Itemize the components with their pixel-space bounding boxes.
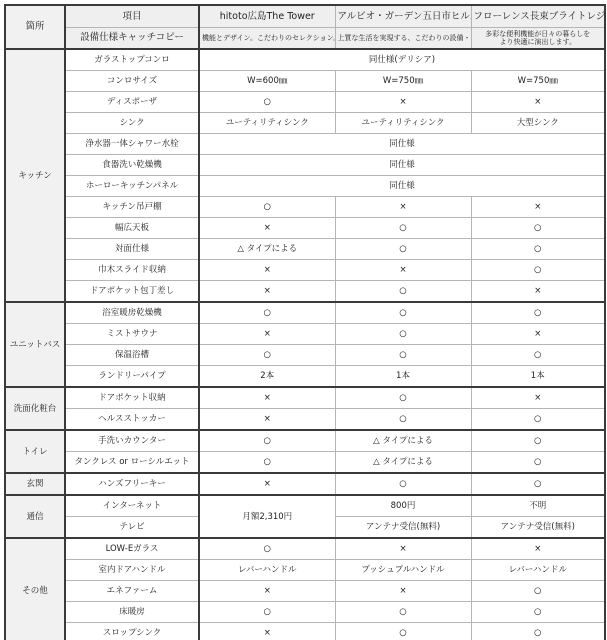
row-item: ハンズフリーキー	[65, 473, 199, 495]
table-row: トイレ 手洗いカウンター ○ △ タイプによる ○	[5, 430, 605, 452]
row-item: 床暖房	[65, 602, 199, 623]
cell-value: ○	[335, 409, 471, 431]
row-item: 幅広天板	[65, 218, 199, 239]
row-item: 保温浴槽	[65, 345, 199, 366]
cell-value: ○	[471, 239, 605, 260]
cell-value: ○	[471, 452, 605, 474]
cell-value: ×	[335, 581, 471, 602]
cell-value: △ タイプによる	[335, 430, 471, 452]
cell-value: ○	[471, 409, 605, 431]
row-item: LOW-Eガラス	[65, 538, 199, 560]
cell-value: ×	[199, 409, 335, 431]
cell-value: レバーハンドル	[471, 560, 605, 581]
table-row: 床暖房 ○ ○ ○	[5, 602, 605, 623]
table-row: エネファーム × × ○	[5, 581, 605, 602]
row-item: シンク	[65, 113, 199, 134]
catch-property-2: 上質な生活を実現する、こだわりの設備・仕様。	[335, 28, 471, 50]
cell-value: ユーティリティシンク	[335, 113, 471, 134]
cell-value: ×	[471, 387, 605, 409]
cell-value: アンテナ受信(無料)	[335, 517, 471, 539]
cell-value: ○	[471, 302, 605, 324]
header-item: 項目	[65, 5, 199, 28]
row-item: 浴室暖房乾燥機	[65, 302, 199, 324]
table-row: ミストサウナ × ○ ×	[5, 324, 605, 345]
cell-value: ○	[471, 602, 605, 623]
header-location: 箇所	[5, 5, 65, 49]
group-entrance: 玄関	[5, 473, 65, 495]
row-item: ヘルスストッカー	[65, 409, 199, 431]
cell-value: ○	[471, 345, 605, 366]
cell-value: ○	[335, 473, 471, 495]
cell-value: ○	[335, 302, 471, 324]
cell-value: プッシュプルハンドル	[335, 560, 471, 581]
cell-value: ×	[471, 324, 605, 345]
cell-value: ○	[335, 239, 471, 260]
cell-value: ×	[199, 260, 335, 281]
table-row: ディスポーザ ○ × ×	[5, 92, 605, 113]
merged-value: 同仕様	[199, 176, 605, 197]
group-toilet: トイレ	[5, 430, 65, 473]
cell-value: ○	[471, 218, 605, 239]
cell-value: ○	[335, 602, 471, 623]
cell-value: ○	[199, 92, 335, 113]
table-row: ドアポケット包丁差し × ○ ×	[5, 281, 605, 303]
cell-value: 800円	[335, 495, 471, 517]
row-item: ミストサウナ	[65, 324, 199, 345]
cell-value: ○	[199, 197, 335, 218]
row-item: 手洗いカウンター	[65, 430, 199, 452]
row-item: ガラストップコンロ	[65, 49, 199, 71]
cell-value: ×	[199, 218, 335, 239]
table-row: タンクレス or ローシルエット ○ △ タイプによる ○	[5, 452, 605, 474]
row-item: テレビ	[65, 517, 199, 539]
cell-value: ×	[471, 538, 605, 560]
table-row: 室内ドアハンドル レバーハンドル プッシュプルハンドル レバーハンドル	[5, 560, 605, 581]
table-row: 玄関 ハンズフリーキー × ○ ○	[5, 473, 605, 495]
row-item: 対面仕様	[65, 239, 199, 260]
row-item: 食器洗い乾燥機	[65, 155, 199, 176]
cell-value: ○	[335, 218, 471, 239]
cell-value: ○	[199, 302, 335, 324]
cell-value: ○	[471, 260, 605, 281]
row-item: タンクレス or ローシルエット	[65, 452, 199, 474]
row-item: コンロサイズ	[65, 71, 199, 92]
cell-value: ○	[335, 387, 471, 409]
cell-value: ○	[199, 538, 335, 560]
cell-value: ○	[199, 430, 335, 452]
row-item: ホーローキッチンパネル	[65, 176, 199, 197]
merged-value: 同仕様(デリシア)	[199, 49, 605, 71]
header-property-3: フローレンス長束ブライトレジデンス	[471, 5, 605, 28]
cell-value: 2本	[199, 366, 335, 388]
cell-value: ○	[335, 324, 471, 345]
row-item: ドアポケット包丁差し	[65, 281, 199, 303]
row-item: 室内ドアハンドル	[65, 560, 199, 581]
group-kitchen: キッチン	[5, 49, 65, 302]
cell-value: ×	[335, 538, 471, 560]
merged-value: 同仕様	[199, 155, 605, 176]
table-row: その他 LOW-Eガラス ○ × ×	[5, 538, 605, 560]
header-catch-label: 設備仕様キャッチコピー	[65, 28, 199, 50]
cell-value: ×	[335, 92, 471, 113]
table-row: 幅広天板 × ○ ○	[5, 218, 605, 239]
cell-value: △ タイプによる	[199, 239, 335, 260]
cell-value: ×	[199, 324, 335, 345]
table-row: 保温浴槽 ○ ○ ○	[5, 345, 605, 366]
cell-value: 1本	[471, 366, 605, 388]
cell-value: ○	[471, 430, 605, 452]
table-row: 対面仕様 △ タイプによる ○ ○	[5, 239, 605, 260]
row-item: エネファーム	[65, 581, 199, 602]
row-item: ランドリーパイプ	[65, 366, 199, 388]
cell-value: ×	[471, 281, 605, 303]
equipment-comparison-table: 箇所 項目 hitoto広島The Tower アルビオ・ガーデン五日市ヒルズ …	[4, 4, 606, 640]
cell-value: ユーティリティシンク	[199, 113, 335, 134]
table-row: コンロサイズ W=600㎜ W=750㎜ W=750㎜	[5, 71, 605, 92]
header-property-2: アルビオ・ガーデン五日市ヒルズ	[335, 5, 471, 28]
row-item: スロップシンク	[65, 623, 199, 640]
cell-value: ○	[471, 623, 605, 640]
cell-value: ○	[199, 452, 335, 474]
catch-property-1: 機能とデザイン。こだわりのセレクション。	[199, 28, 335, 50]
header-property-1: hitoto広島The Tower	[199, 5, 335, 28]
cell-value: ×	[471, 92, 605, 113]
table-row: スロップシンク × ○ ○	[5, 623, 605, 640]
cell-value: ×	[471, 197, 605, 218]
cell-value: ○	[335, 281, 471, 303]
cell-value: ×	[199, 281, 335, 303]
cell-value: ○	[199, 602, 335, 623]
table-row: ランドリーパイプ 2本 1本 1本	[5, 366, 605, 388]
row-item: ドアポケット収納	[65, 387, 199, 409]
table-row: 食器洗い乾燥機 同仕様	[5, 155, 605, 176]
cell-value: ○	[335, 345, 471, 366]
catch-line-1: 多彩な便利機能が日々の暮らしを	[485, 30, 590, 38]
header-row-names: 箇所 項目 hitoto広島The Tower アルビオ・ガーデン五日市ヒルズ …	[5, 5, 605, 28]
merged-value: 同仕様	[199, 134, 605, 155]
cell-value: ○	[335, 623, 471, 640]
cell-value: ×	[199, 581, 335, 602]
cell-value: ○	[471, 581, 605, 602]
cell-value: 不明	[471, 495, 605, 517]
table-row: シンク ユーティリティシンク ユーティリティシンク 大型シンク	[5, 113, 605, 134]
catch-line-2: より快適に演出します。	[500, 38, 576, 46]
group-communication: 通信	[5, 495, 65, 538]
catch-property-3: 多彩な便利機能が日々の暮らしをより快適に演出します。	[471, 28, 605, 50]
table-row: キッチン吊戸棚 ○ × ×	[5, 197, 605, 218]
group-other: その他	[5, 538, 65, 640]
cell-value: ○	[471, 473, 605, 495]
cell-value: ×	[199, 623, 335, 640]
row-item: 巾木スライド収納	[65, 260, 199, 281]
table-row: キッチン ガラストップコンロ 同仕様(デリシア)	[5, 49, 605, 71]
cell-value: アンテナ受信(無料)	[471, 517, 605, 539]
cell-value: △ タイプによる	[335, 452, 471, 474]
cell-value: ×	[335, 197, 471, 218]
table-row: ヘルスストッカー × ○ ○	[5, 409, 605, 431]
cell-value: W=750㎜	[335, 71, 471, 92]
cell-value: W=750㎜	[471, 71, 605, 92]
cell-value: ×	[199, 473, 335, 495]
table-row: 浄水器一体シャワー水栓 同仕様	[5, 134, 605, 155]
table-row: ホーローキッチンパネル 同仕様	[5, 176, 605, 197]
cell-value: ×	[335, 260, 471, 281]
cell-value: W=600㎜	[199, 71, 335, 92]
table-row: 通信 インターネット 月額2,310円 800円 不明	[5, 495, 605, 517]
cell-value: 大型シンク	[471, 113, 605, 134]
shared-value: 月額2,310円	[199, 495, 335, 538]
cell-value: ○	[199, 345, 335, 366]
cell-value: レバーハンドル	[199, 560, 335, 581]
row-item: 浄水器一体シャワー水栓	[65, 134, 199, 155]
table-row: 巾木スライド収納 × × ○	[5, 260, 605, 281]
cell-value: 1本	[335, 366, 471, 388]
table-row: ユニットバス 浴室暖房乾燥機 ○ ○ ○	[5, 302, 605, 324]
group-unit-bath: ユニットバス	[5, 302, 65, 387]
table-row: 洗面化粧台 ドアポケット収納 × ○ ×	[5, 387, 605, 409]
group-vanity: 洗面化粧台	[5, 387, 65, 430]
row-item: ディスポーザ	[65, 92, 199, 113]
row-item: インターネット	[65, 495, 199, 517]
row-item: キッチン吊戸棚	[65, 197, 199, 218]
cell-value: ×	[199, 387, 335, 409]
header-row-catch: 設備仕様キャッチコピー 機能とデザイン。こだわりのセレクション。 上質な生活を実…	[5, 28, 605, 50]
